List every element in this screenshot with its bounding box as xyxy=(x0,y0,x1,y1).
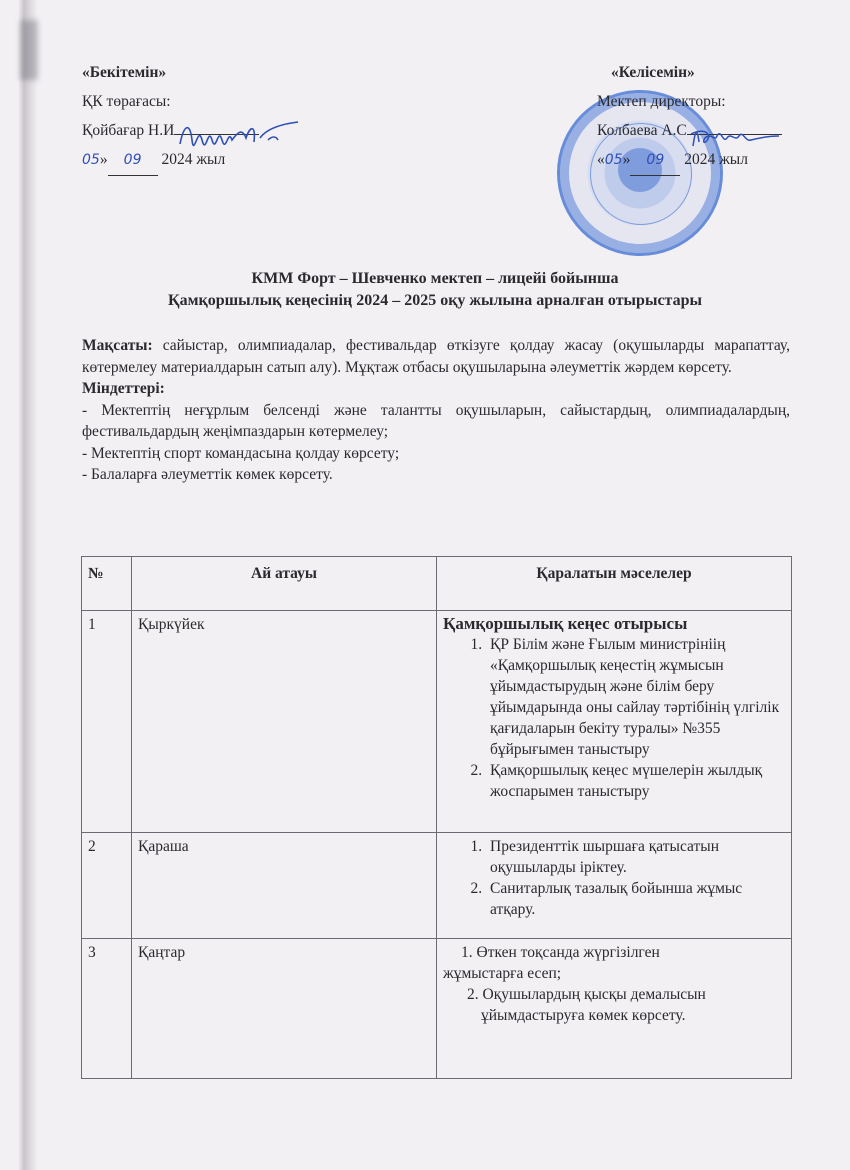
issue-item: ҚР Білім және Ғылым министрініің «Қамқор… xyxy=(486,634,785,760)
approval-heading: «Бекітемін» xyxy=(82,58,259,87)
date-day: 05 xyxy=(605,152,623,168)
row-issues: 1. Өткен тоқсанда жүргізілген жұмыстарға… xyxy=(437,939,792,1079)
header-number: № xyxy=(82,557,132,611)
agreement-block-right: «Келісемін» Мектеп директоры: Колбаева А… xyxy=(597,58,782,176)
table-row: 3 Қаңтар 1. Өткен тоқсанда жүргізілген ж… xyxy=(82,939,792,1079)
row-month: Қыркүйек xyxy=(132,611,437,833)
table-row: 1 Қыркүйек Қамқоршылық кеңес отырысы ҚР … xyxy=(82,611,792,833)
row-issues: Президенттік шыршаға қатысатын оқушылард… xyxy=(437,833,792,939)
row-issues: Қамқоршылық кеңес отырысы ҚР Білім және … xyxy=(437,611,792,833)
tasks-label: Міндеттері: xyxy=(82,378,790,400)
document-body: Мақсаты: сайыстар, олимпиадалар, фестива… xyxy=(82,335,790,486)
scan-edge-mark xyxy=(20,20,38,80)
signature-icon xyxy=(687,122,782,152)
row-number: 2 xyxy=(82,833,132,939)
date-month: 09 xyxy=(108,146,158,176)
signature-line xyxy=(687,134,782,135)
issue-line: ұйымдастыруға көмек көрсету. xyxy=(443,1005,785,1026)
title-line-2: Қамқоршылық кеңесінің 2024 – 2025 оқу жы… xyxy=(0,290,850,312)
row-number: 1 xyxy=(82,611,132,833)
table-header-row: № Ай атауы Қаралатын мәселелер xyxy=(82,557,792,611)
agreement-heading: «Келісемін» xyxy=(597,58,782,87)
row-month: Қаңтар xyxy=(132,939,437,1079)
agreement-name: Колбаева А.С xyxy=(597,122,687,139)
signature-icon xyxy=(172,118,302,154)
goal-paragraph: Мақсаты: сайыстар, олимпиадалар, фестива… xyxy=(82,335,790,378)
issue-item: Санитарлық тазалық бойынша жұмыс атқару. xyxy=(486,878,785,920)
title-line-1: КММ Форт – Шевченко мектеп – лицейі бойы… xyxy=(0,268,850,290)
issue-list: ҚР Білім және Ғылым министрініің «Қамқор… xyxy=(443,634,785,802)
approval-role: ҚК төрағасы: xyxy=(82,87,259,116)
issue-line: жұмыстарға есеп; xyxy=(443,963,785,984)
issue-list: Президенттік шыршаға қатысатын оқушылард… xyxy=(443,836,785,920)
issue-item: Президенттік шыршаға қатысатын оқушылард… xyxy=(486,836,785,878)
goal-text: сайыстар, олимпиадалар, фестивальдар өтк… xyxy=(82,337,790,376)
signature-line xyxy=(174,134,259,135)
task-item: - Мектептің неғұрлым белсенді және талан… xyxy=(82,400,790,443)
row-number: 3 xyxy=(82,939,132,1079)
approval-block-left: «Бекітемін» ҚК төрағасы: Қойбағар Н.И 05… xyxy=(82,58,259,176)
task-item: - Мектептің спорт командасына қолдау көр… xyxy=(82,443,790,465)
issue-line: 2. Оқушылардың қысқы демалысын xyxy=(443,984,785,1005)
approval-name: Қойбағар Н.И xyxy=(82,122,174,139)
issue-item: Қамқоршылық кеңес мүшелерін жылдық жоспа… xyxy=(486,760,785,802)
date-month: 09 xyxy=(630,146,680,176)
agreement-role: Мектеп директоры: xyxy=(597,87,782,116)
date-day: 05 xyxy=(82,152,100,168)
agreement-name-line: Колбаева А.С xyxy=(597,116,782,145)
issue-title: Қамқоршылық кеңес отырысы xyxy=(443,613,785,634)
header-issues: Қаралатын мәселелер xyxy=(437,557,792,611)
approval-name-line: Қойбағар Н.И xyxy=(82,116,259,145)
row-month: Қараша xyxy=(132,833,437,939)
date-year: 2024 жыл xyxy=(684,151,748,168)
table-row: 2 Қараша Президенттік шыршаға қатысатын … xyxy=(82,833,792,939)
meetings-table: № Ай атауы Қаралатын мәселелер 1 Қыркүйе… xyxy=(81,556,792,1079)
document-title: КММ Форт – Шевченко мектеп – лицейі бойы… xyxy=(0,268,850,312)
task-item: - Балаларға әлеуметтік көмек көрсету. xyxy=(82,464,790,486)
scan-edge-shadow xyxy=(18,0,38,1170)
goal-label: Мақсаты: xyxy=(82,337,153,354)
header-month: Ай атауы xyxy=(132,557,437,611)
issue-line: 1. Өткен тоқсанда жүргізілген xyxy=(443,942,785,963)
